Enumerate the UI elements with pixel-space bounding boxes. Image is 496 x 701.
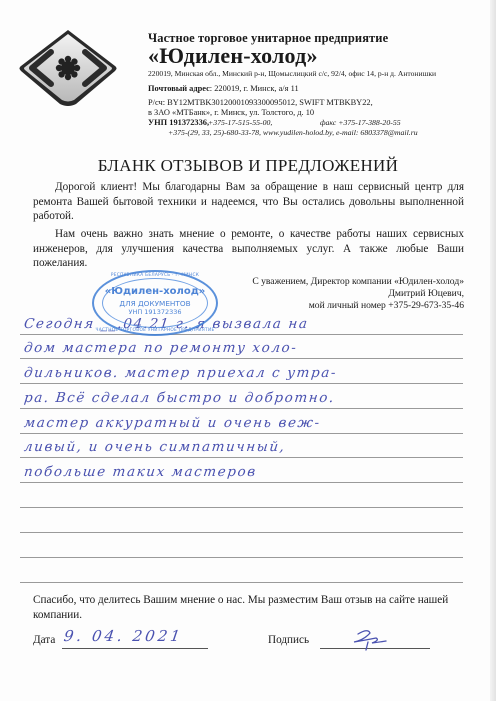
stamp-bottom-text: ЧАСТНОЕ ТОРГОВОЕ УНИТАРНОЕ ПРЕДПРИЯТИЕ: [94, 328, 216, 333]
rule-line: [20, 482, 463, 483]
rule-line: [20, 433, 463, 434]
rule-line: [20, 507, 463, 508]
signature-label: Подпись: [268, 634, 309, 646]
rule-line: [20, 358, 463, 359]
page-edge: [490, 0, 496, 701]
stamp-name: «Юдилен-холод»: [94, 286, 216, 297]
thanks-text: Спасибо, что делитесь Вашим мнение о нас…: [33, 593, 464, 622]
rule-line: [20, 334, 463, 335]
date-label: Дата: [33, 634, 55, 646]
rule-line: [20, 457, 463, 458]
rule-line: [20, 557, 463, 558]
review-handwriting-line: Сегодня __.04.21 г. я вызвала на: [23, 316, 465, 332]
rule-line: [20, 383, 463, 384]
review-handwriting-line: мастер аккуратный и очень веж-: [23, 415, 465, 431]
stamp-unp: УНП 191372336: [94, 308, 216, 316]
rule-line: [20, 582, 463, 583]
review-handwriting-line: дильников. мастер приехал с утра-: [23, 365, 465, 381]
stamp-purpose: ДЛЯ ДОКУМЕНТОВ: [94, 299, 216, 308]
date-field-line: [62, 648, 208, 649]
review-handwriting-line: побольше таких мастеров: [23, 464, 465, 480]
company-stamp: РЕСПУБЛИКА БЕЛАРУСЬ · г. МИНСК «Юдилен-х…: [92, 270, 218, 336]
review-handwriting-line: ливый, и очень симпатичный,: [23, 439, 465, 455]
review-handwriting-line: дом мастера по ремонту холо-: [23, 340, 465, 356]
signature-mark-icon: [350, 628, 390, 652]
rule-line: [20, 532, 463, 533]
rule-line: [20, 408, 463, 409]
review-handwriting-line: ра. Всё сделал быстро и добротно.: [23, 390, 465, 406]
stamp-top-text: РЕСПУБЛИКА БЕЛАРУСЬ · г. МИНСК: [94, 273, 216, 278]
date-value: 9. 04. 2021: [63, 627, 184, 645]
